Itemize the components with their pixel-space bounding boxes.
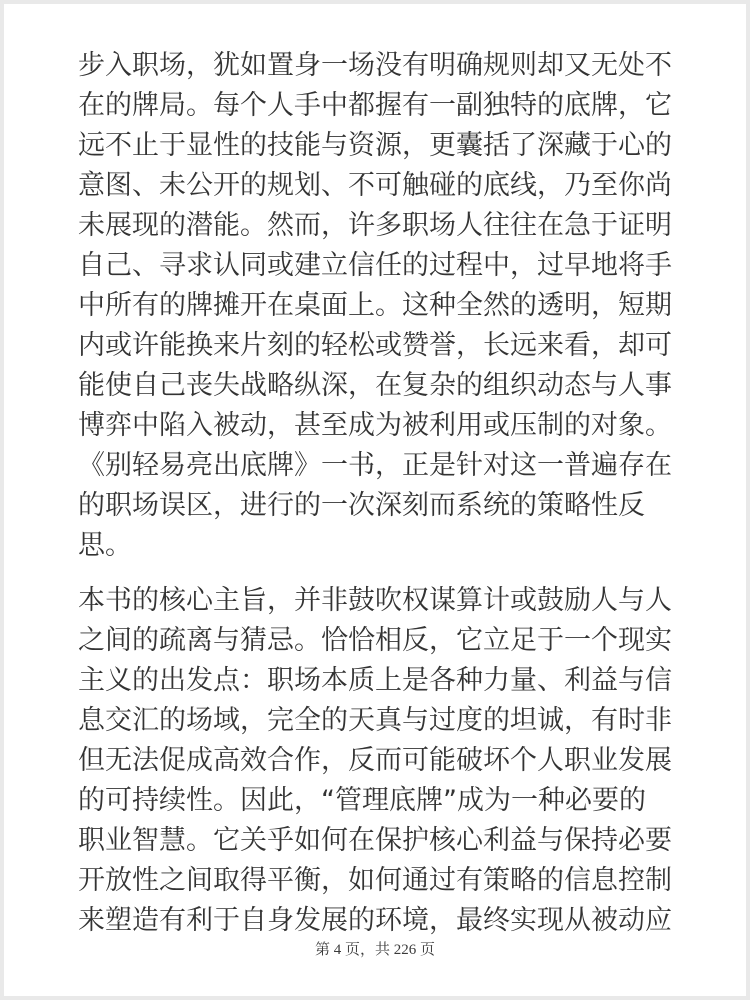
text-line: 开放性之间取得平衡，如何通过有策略的信息控制	[78, 861, 702, 901]
text-line: 息交汇的场域，完全的天真与过度的坦诚，有时非	[78, 701, 702, 741]
text-line: 之间的疏离与猜忌。恰恰相反，它立足于一个现实	[78, 621, 702, 661]
text-line: 能使自己丧失战略纵深，在复杂的组织动态与人事	[78, 366, 702, 406]
document-page: 步入职场，犹如置身一场没有明确规则却又无处不在的牌局。每个人手中都握有一副独特的…	[4, 4, 746, 996]
paragraph-1: 步入职场，犹如置身一场没有明确规则却又无处不在的牌局。每个人手中都握有一副独特的…	[78, 46, 702, 566]
document-viewer: 步入职场，犹如置身一场没有明确规则却又无处不在的牌局。每个人手中都握有一副独特的…	[0, 0, 750, 1000]
text-line: 自己、寻求认同或建立信任的过程中，过早地将手	[78, 246, 702, 286]
text-line: 内或许能换来片刻的轻松或赞誉，长远来看，却可	[78, 326, 702, 366]
text-line: 来塑造有利于自身发展的环境，最终实现从被动应	[78, 901, 702, 941]
text-line: 职业智慧。它关乎如何在保护核心利益与保持必要	[78, 821, 702, 861]
text-line: 的职场误区，进行的一次深刻而系统的策略性反	[78, 486, 702, 526]
page-body-text: 步入职场，犹如置身一场没有明确规则却又无处不在的牌局。每个人手中都握有一副独特的…	[78, 46, 702, 941]
text-line: 思。	[78, 526, 702, 566]
text-line: 在的牌局。每个人手中都握有一副独特的底牌，它	[78, 86, 702, 126]
text-line: 的可持续性。因此，“管理底牌”成为一种必要的	[78, 781, 702, 821]
text-line: 步入职场，犹如置身一场没有明确规则却又无处不	[78, 46, 702, 86]
page-number-footer: 第 4 页，共 226 页	[4, 940, 746, 960]
text-line: 未展现的潜能。然而，许多职场人往往在急于证明	[78, 206, 702, 246]
text-line: 主义的出发点：职场本质上是各种力量、利益与信	[78, 661, 702, 701]
paragraph-2: 本书的核心主旨，并非鼓吹权谋算计或鼓励人与人之间的疏离与猜忌。恰恰相反，它立足于…	[78, 581, 702, 941]
text-line: 远不止于显性的技能与资源，更囊括了深藏于心的	[78, 126, 702, 166]
text-line: 博弈中陷入被动，甚至成为被利用或压制的对象。	[78, 406, 702, 446]
text-line: 《别轻易亮出底牌》一书，正是针对这一普遍存在	[78, 446, 702, 486]
text-line: 中所有的牌摊开在桌面上。这种全然的透明，短期	[78, 286, 702, 326]
text-line: 意图、未公开的规划、不可触碰的底线，乃至你尚	[78, 166, 702, 206]
text-line: 本书的核心主旨，并非鼓吹权谋算计或鼓励人与人	[78, 581, 702, 621]
text-line: 但无法促成高效合作，反而可能破坏个人职业发展	[78, 741, 702, 781]
